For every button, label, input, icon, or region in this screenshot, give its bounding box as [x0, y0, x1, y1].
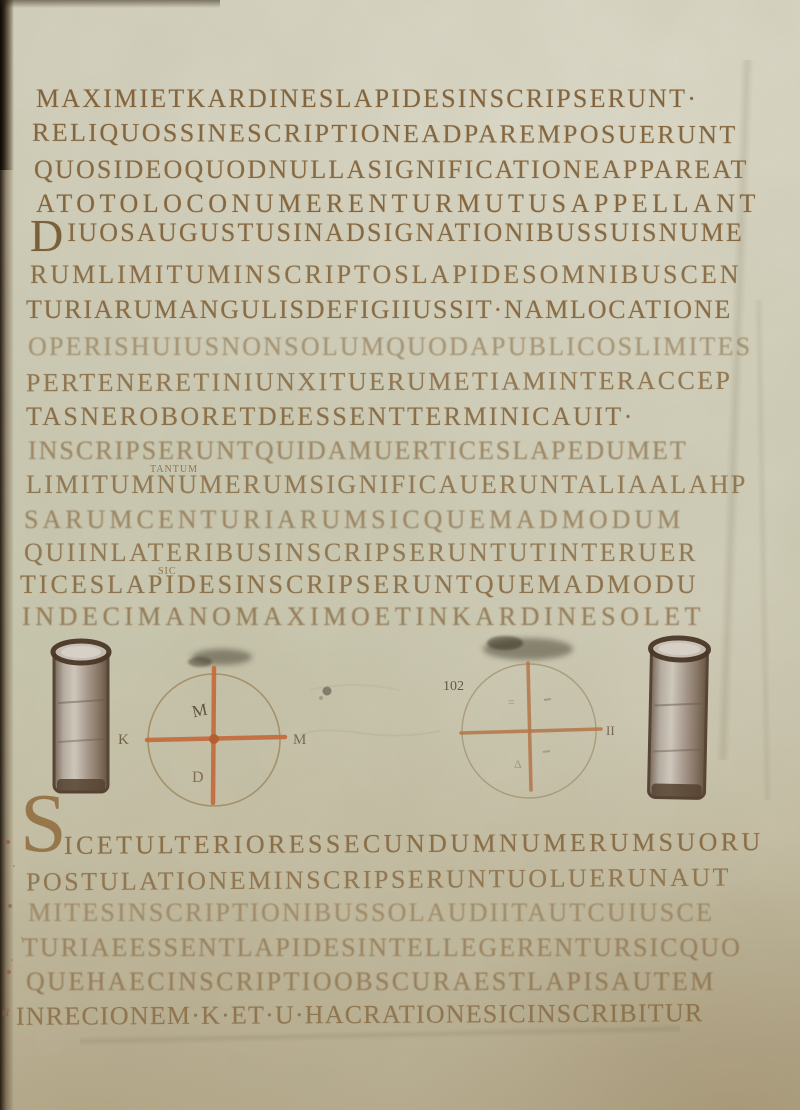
text-line-18: POSTULATIONEMINSCRIPSERUNTUOLUERUNAUT: [26, 865, 731, 896]
label-left-K: K: [118, 732, 129, 748]
text-line-8: OPERISHUIUSNONSOLUMQUODAPUBLICOSLIMITES: [28, 334, 752, 360]
text-line-5: DIUOSAUGUSTUSINADSIGNATIONIBUSSUISNUME: [30, 220, 744, 252]
faint-inner-mark: Δ: [514, 757, 522, 771]
margin-mark: a: [2, 1004, 10, 1021]
text-line-14: QUIINLATERIBUSINSCRIPSERUNTUTINTERUER: [24, 540, 698, 566]
initial-letter-D: D: [30, 210, 65, 261]
text-line-7: TURIARUMANGULISDEFIGIIUSSIT·NAMLOCATIONE: [26, 297, 732, 323]
text-line-11: INSCRIPSERUNTQUIDAMUERTICESLAPEDUMET: [28, 438, 688, 464]
parchment-wrinkle: [754, 300, 773, 800]
text-line-5-body: IUOSAUGUSTUSINADSIGNATIONIBUSSUISNUME: [67, 218, 744, 247]
interlinear-gloss-tantum: TANTUM: [150, 464, 198, 475]
left-boundary-stone-drawing: [53, 641, 109, 793]
text-line-19: MITESINSCRIPTIONIBUSSOLAUDIITAUTCUIUSCE: [28, 900, 714, 926]
text-line-3: QUOSIDEOQUODNULLASIGNIFICATIONEAPPAREAT: [34, 157, 749, 183]
manuscript-page: MAXIMIETKARDINESLAPIDESINSCRIPSERUNT· RE…: [0, 0, 800, 1110]
text-line-4: ATOTOLOCONUMERENTURMUTUSAPPELLANT: [36, 191, 760, 217]
text-line-21: QUEHAECINSCRIPTIOOBSCURAESTLAPISAUTEM: [26, 969, 716, 995]
cross-vertical: [213, 668, 214, 803]
left-survey-circle-diagram: K M M D: [118, 649, 306, 806]
cross-horizontal: [147, 737, 285, 740]
ink-smudge: [483, 638, 573, 660]
text-line-9: PERTENERETINIUNXITUERUMETIAMINTERACCEP: [26, 368, 732, 396]
text-line-2: RELIQUOSSINESCRIPTIONEADPAREMPOSUERUNT: [32, 120, 738, 148]
faded-center-marks: [300, 685, 440, 736]
text-line-16: INDECIMANOMAXIMOETINKARDINESOLET: [22, 604, 705, 630]
text-line-1: MAXIMIETKARDINESLAPIDESINSCRIPSERUNT·: [36, 86, 698, 112]
text-line-22: INRECIONEM·K·ET·U·HACRATIONESICINSCRIBIT…: [16, 1000, 704, 1030]
label-inner-D: D: [192, 769, 204, 786]
cross-horizontal: [461, 729, 601, 733]
ink-smudge: [192, 649, 252, 665]
label-inner-M: M: [190, 700, 209, 722]
initial-letter-S: S: [20, 788, 67, 859]
right-boundary-stone-drawing: [647, 637, 708, 798]
label-right-M: M: [293, 732, 306, 748]
label-II: II: [606, 723, 615, 738]
text-line-17: ICETULTERIORESSECUNDUMNUMERUMSUORU: [64, 829, 764, 859]
faint-inner-mark: =: [508, 695, 515, 709]
text-line-12: LIMITUMNUMERUMSIGNIFICAUERUNTALIAALAHP: [26, 472, 748, 498]
ink-stain-speckles: [6, 840, 10, 844]
label-102: 102: [443, 679, 464, 694]
text-line-13: SARUMCENTURIARUMSICQUEMADMODUM: [24, 507, 684, 533]
interlinear-gloss-sic: SIC: [158, 566, 177, 577]
page-top-edge: [0, 0, 220, 8]
text-line-6: RUMLIMITUMINSCRIPTOSLAPIDESOMNIBUSCEN: [30, 262, 741, 288]
cross-vertical: [528, 663, 531, 790]
text-line-10: TASNEROBORETDEESSENTTERMINICAUIT·: [26, 404, 635, 430]
page-left-edge: [0, 0, 14, 1110]
text-line-15: TICESLAPIDESINSCRIPSERUNTQUEMADMODU: [20, 572, 699, 598]
right-survey-circle-diagram: 102 II = Δ: [443, 636, 615, 798]
text-line-20: TURIAEESSENTLAPIDESINTELLEGERENTURSICQUO: [22, 935, 742, 961]
